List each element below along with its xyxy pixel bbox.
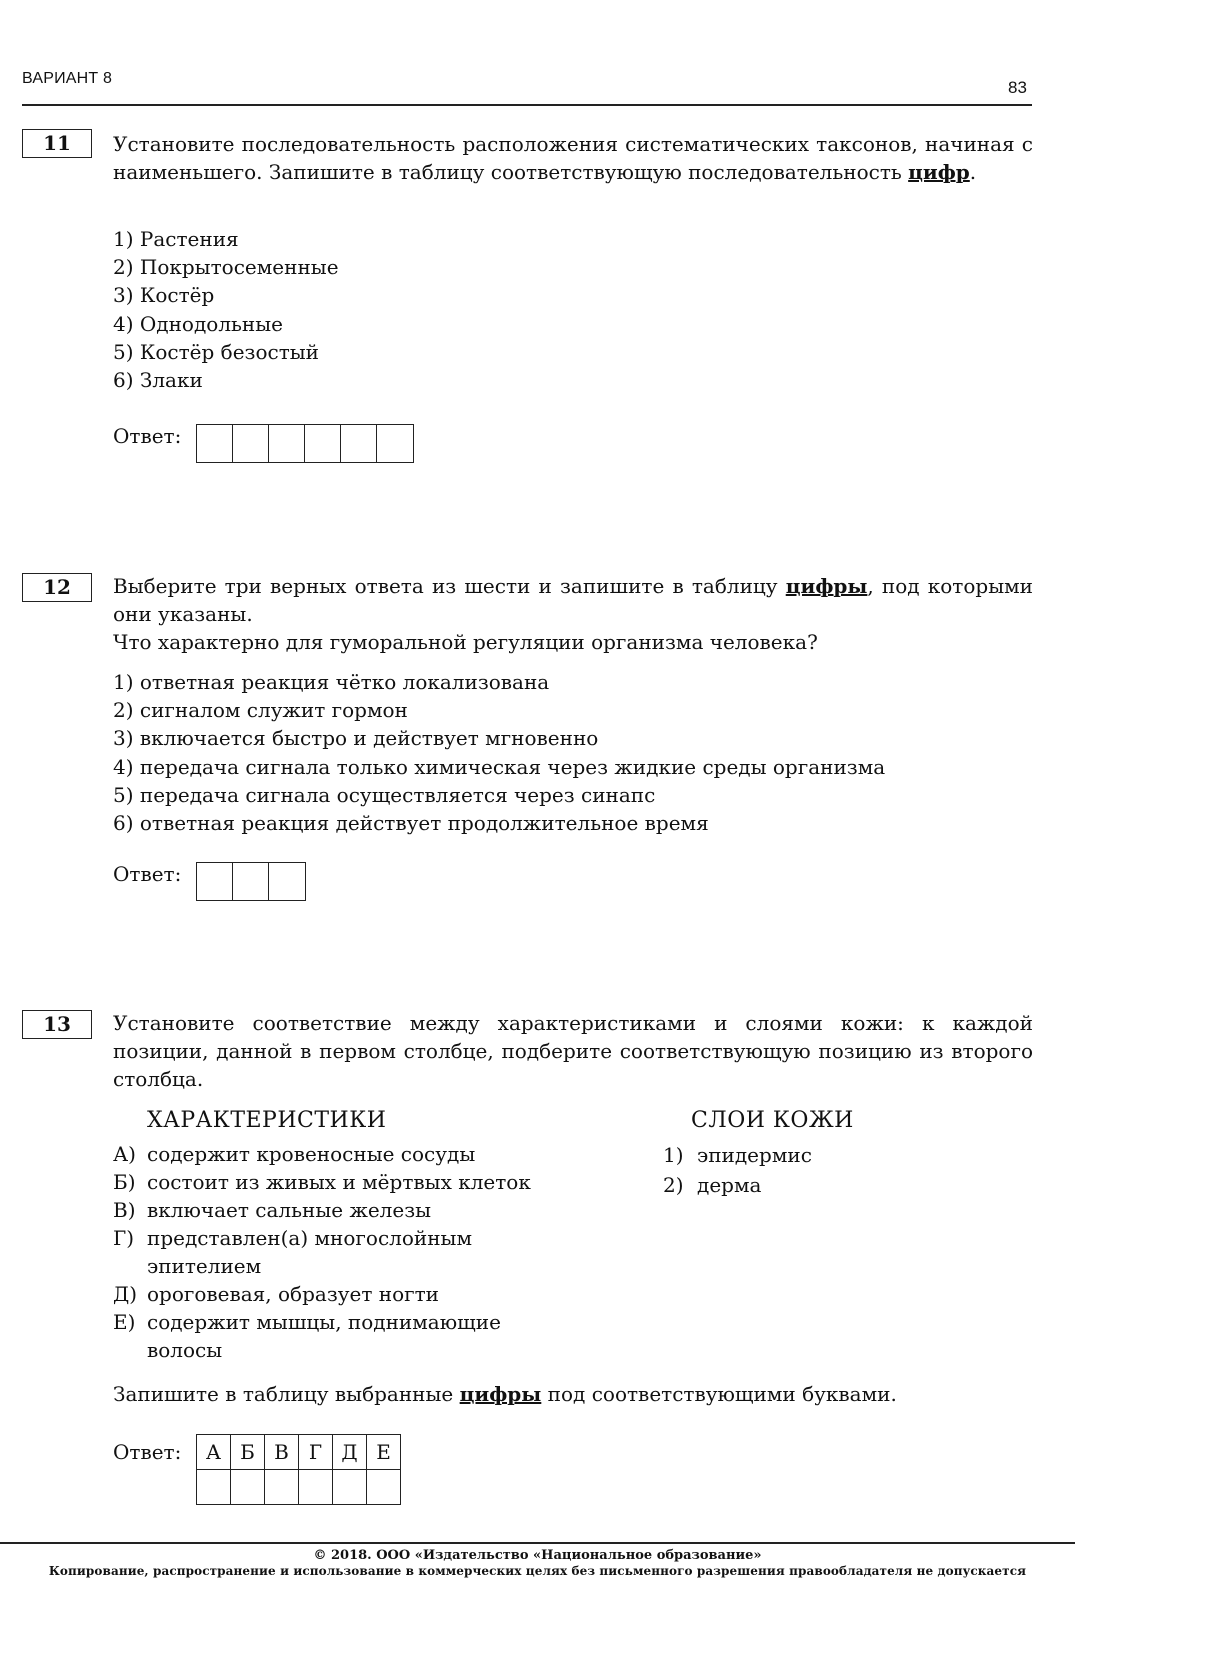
- characteristic-item: Д)ороговевая, образует ногти: [113, 1280, 593, 1308]
- footer-divider: [0, 1542, 1075, 1544]
- answer-cell[interactable]: [341, 425, 377, 462]
- task-13-answer-table: А Б В Г Д Е: [196, 1434, 401, 1505]
- answer-header-cell: А: [197, 1435, 231, 1470]
- task-13-instruction: Запишите в таблицу выбранные цифры под с…: [113, 1380, 1033, 1408]
- option-item: 3) Костёр: [113, 281, 339, 309]
- answer-cell[interactable]: [367, 1470, 401, 1505]
- item-text: ороговевая, образует ногти: [147, 1280, 439, 1308]
- answer-header-cell: В: [265, 1435, 299, 1470]
- answer-cell[interactable]: [377, 425, 413, 462]
- characteristic-item: Е)содержит мышцы, поднимающие волосы: [113, 1308, 553, 1364]
- task-12-options: 1) ответная реакция чётко локализована 2…: [113, 668, 885, 837]
- answer-cell[interactable]: [333, 1470, 367, 1505]
- option-item: 6) Злаки: [113, 366, 339, 394]
- page-number: 83: [1008, 78, 1027, 98]
- answer-cell[interactable]: [269, 425, 305, 462]
- answer-cell[interactable]: [269, 863, 305, 900]
- task-11-answer-grid: [196, 424, 414, 463]
- copyright: © 2018. ООО «Издательство «Национальное …: [0, 1548, 1075, 1563]
- item-text: состоит из живых и мёртвых клеток: [147, 1168, 531, 1196]
- answer-cell[interactable]: [305, 425, 341, 462]
- item-text: содержит мышцы, поднимающие волосы: [147, 1308, 553, 1364]
- option-item: 6) ответная реакция действует продолжите…: [113, 809, 885, 837]
- answer-header-cell: Е: [367, 1435, 401, 1470]
- task-11-emphasis: цифр: [908, 160, 970, 184]
- answer-header-cell: Б: [231, 1435, 265, 1470]
- option-item: 5) Костёр безостый: [113, 338, 339, 366]
- header-divider: [22, 104, 1032, 106]
- layer-item: 1)эпидермис: [663, 1140, 913, 1170]
- answer-cell[interactable]: [197, 863, 233, 900]
- characteristic-item: Б)состоит из живых и мёртвых клеток: [113, 1168, 593, 1196]
- task-12-number: 12: [22, 573, 92, 602]
- item-key: Г): [113, 1224, 147, 1280]
- task-13-answer-label: Ответ:: [113, 1440, 181, 1464]
- copyright-notice: Копирование, распространение и использов…: [0, 1564, 1075, 1578]
- item-key: 1): [663, 1140, 697, 1170]
- instruction-text: Запишите в таблицу выбранные: [113, 1382, 460, 1406]
- task-11-prompt-end: .: [970, 160, 976, 184]
- option-item: 1) ответная реакция чётко локализована: [113, 668, 885, 696]
- characteristic-item: Г)представлен(а) многослойным эпителием: [113, 1224, 523, 1280]
- answer-header-cell: Д: [333, 1435, 367, 1470]
- item-key: В): [113, 1196, 147, 1224]
- answer-cell[interactable]: [233, 863, 269, 900]
- option-item: 5) передача сигнала осуществляется через…: [113, 781, 885, 809]
- task-11-options: 1) Растения 2) Покрытосеменные 3) Костёр…: [113, 225, 339, 394]
- option-item: 4) передача сигнала только химическая че…: [113, 753, 885, 781]
- answer-cell[interactable]: [197, 1470, 231, 1505]
- task-12-answer-grid: [196, 862, 306, 901]
- task-11-prompt: Установите последовательность расположен…: [113, 130, 1033, 186]
- answer-header-cell: Г: [299, 1435, 333, 1470]
- variant-label: ВАРИАНТ 8: [22, 70, 112, 88]
- item-key: Д): [113, 1280, 147, 1308]
- task-12-answer-label: Ответ:: [113, 862, 181, 886]
- task-13-number: 13: [22, 1010, 92, 1039]
- item-text: дерма: [697, 1170, 761, 1200]
- characteristics-header: ХАРАКТЕРИСТИКИ: [147, 1108, 386, 1133]
- answer-input-row: [197, 1470, 401, 1505]
- answer-cell[interactable]: [197, 425, 233, 462]
- skin-layers-header: СЛОИ КОЖИ: [691, 1108, 854, 1133]
- characteristics-list: А)содержит кровеносные сосуды Б)состоит …: [113, 1140, 593, 1364]
- task-11-number: 11: [22, 129, 92, 158]
- option-item: 2) Покрытосеменные: [113, 253, 339, 281]
- item-key: Е): [113, 1308, 147, 1364]
- option-item: 2) сигналом служит гормон: [113, 696, 885, 724]
- option-item: 3) включается быстро и действует мгновен…: [113, 724, 885, 752]
- skin-layers-list: 1)эпидермис 2)дерма: [663, 1140, 913, 1200]
- task-13-prompt: Установите соответствие между характерис…: [113, 1009, 1033, 1093]
- answer-cell[interactable]: [231, 1470, 265, 1505]
- item-text: эпидермис: [697, 1140, 812, 1170]
- item-text: содержит кровеносные сосуды: [147, 1140, 475, 1168]
- instruction-emphasis: цифры: [460, 1382, 542, 1406]
- task-11-prompt-text: Установите последовательность расположен…: [113, 132, 1033, 184]
- item-text: включает сальные железы: [147, 1196, 431, 1224]
- answer-cell[interactable]: [265, 1470, 299, 1505]
- characteristic-item: А)содержит кровеносные сосуды: [113, 1140, 593, 1168]
- characteristic-item: В)включает сальные железы: [113, 1196, 593, 1224]
- option-item: 4) Однодольные: [113, 310, 339, 338]
- layer-item: 2)дерма: [663, 1170, 913, 1200]
- instruction-end: под соответствующими буквами.: [541, 1382, 897, 1406]
- task-12-emphasis: цифры: [786, 574, 868, 598]
- answer-cell[interactable]: [299, 1470, 333, 1505]
- task-11-answer-label: Ответ:: [113, 424, 181, 448]
- option-item: 1) Растения: [113, 225, 339, 253]
- answer-header-row: А Б В Г Д Е: [197, 1435, 401, 1470]
- item-key: 2): [663, 1170, 697, 1200]
- answer-cell[interactable]: [233, 425, 269, 462]
- task-12-question: Что характерно для гуморальной регуляции…: [113, 628, 1033, 656]
- item-key: А): [113, 1140, 147, 1168]
- task-12-prompt: Выберите три верных ответа из шести и за…: [113, 572, 1033, 628]
- task-12-prompt-text: Выберите три верных ответа из шести и за…: [113, 574, 786, 598]
- item-key: Б): [113, 1168, 147, 1196]
- item-text: представлен(а) многослойным эпителием: [147, 1224, 523, 1280]
